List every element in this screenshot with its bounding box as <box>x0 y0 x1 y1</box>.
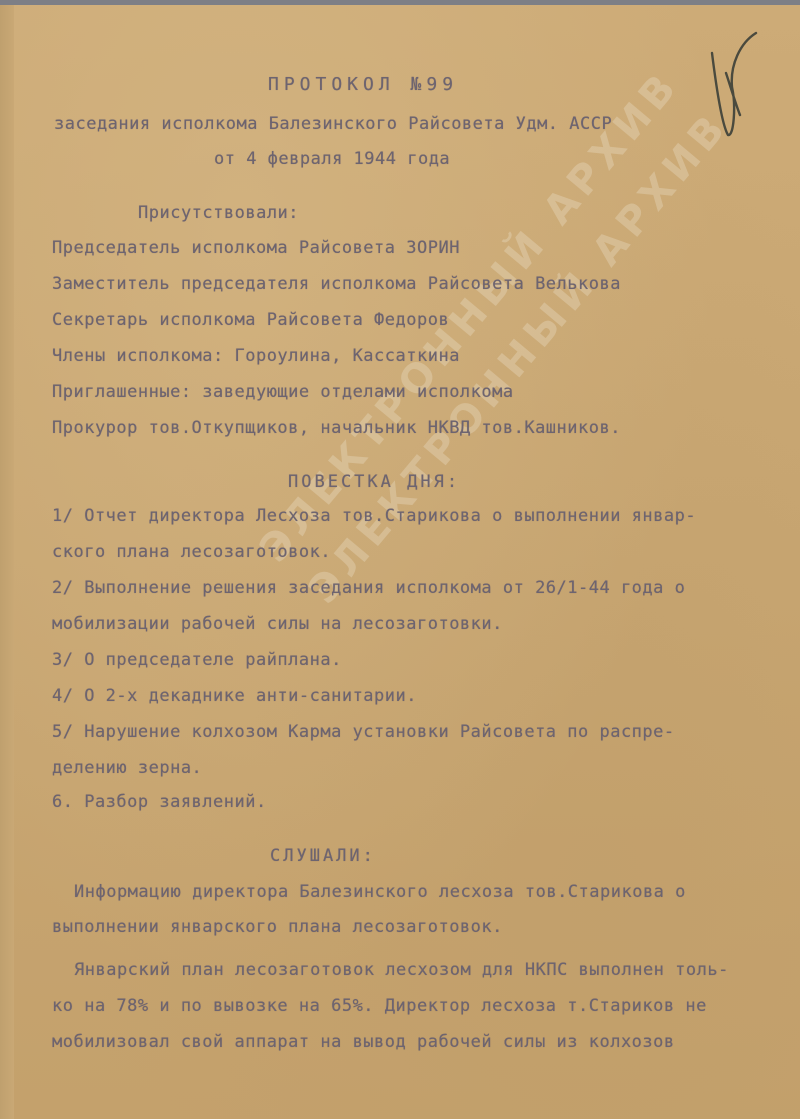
handwritten-page-number <box>700 25 760 145</box>
present-line: Заместитель председателя исполкома Райсо… <box>52 274 621 294</box>
heard-line: ко на 78% и по вывозке на 65%. Директор … <box>52 996 707 1016</box>
heard-line: мобилизовал свой аппарат на вывод рабоче… <box>52 1032 675 1052</box>
protocol-subtitle: заседания исполкома Балезинского Райсове… <box>54 114 612 134</box>
present-line: Члены исполкома: Гороулина, Кассаткина <box>52 346 460 366</box>
heard-heading: СЛУШАЛИ: <box>270 846 376 866</box>
present-line: Приглашенные: заведующие отделами исполк… <box>52 382 514 402</box>
agenda-line: 6. Разбор заявлений. <box>52 792 267 812</box>
protocol-date: от 4 февраля 1944 года <box>214 149 450 169</box>
agenda-line: мобилизации рабочей силы на лесозаготовк… <box>52 614 503 634</box>
scan-top-border <box>0 0 800 5</box>
agenda-line: 3/ О председателе райплана. <box>52 650 342 670</box>
heard-line: Январский план лесозаготовок лесхозом дл… <box>74 960 729 980</box>
agenda-line: 1/ Отчет директора Лесхоза тов.Старикова… <box>52 506 696 526</box>
agenda-line: 5/ Нарушение колхозом Карма установки Ра… <box>52 722 675 742</box>
protocol-title: ПРОТОКОЛ №99 <box>268 74 458 95</box>
heard-line: выполнении январского плана лесозаготово… <box>52 917 503 937</box>
scan-left-edge <box>0 5 14 1119</box>
present-line: Председатель исполкома Райсовета ЗОРИН <box>52 238 460 258</box>
document-page: ЭЛЕКТРОННЫЙ АРХИВ ЭЛЕКТРОННЫЙ АРХИВ ПРОТ… <box>0 0 800 1119</box>
agenda-line: делению зерна. <box>52 758 202 778</box>
agenda-line: 4/ О 2-х декаднике анти-санитарии. <box>52 686 417 706</box>
agenda-line: 2/ Выполнение решения заседания исполком… <box>52 578 685 598</box>
agenda-line: ского плана лесозаготовок. <box>52 542 331 562</box>
present-line: Секретарь исполкома Райсовета Федоров <box>52 310 449 330</box>
heard-line: Информацию директора Балезинского лесхоз… <box>74 882 686 902</box>
present-line: Прокурор тов.Откупщиков, начальник НКВД … <box>52 418 621 438</box>
agenda-heading: ПОВЕСТКА ДНЯ: <box>288 472 460 492</box>
present-heading: Присутствовали: <box>138 203 299 223</box>
